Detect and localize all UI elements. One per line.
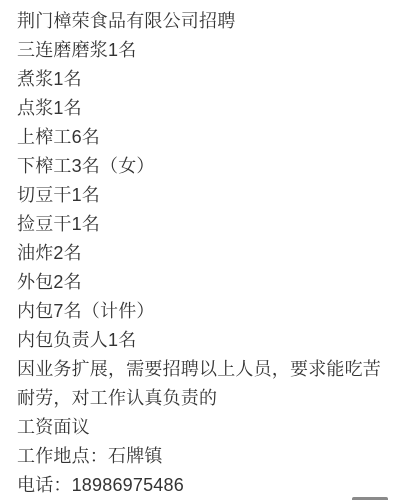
position-line: 上榨工6名 bbox=[17, 123, 396, 152]
position-line: 捡豆干1名 bbox=[17, 210, 396, 239]
page-title: 荆门樟荣食品有限公司招聘 bbox=[17, 7, 396, 36]
salary-line: 工资面议 bbox=[17, 413, 396, 442]
position-line: 外包2名 bbox=[17, 268, 396, 297]
note-paragraph: 因业务扩展，需要招聘以上人员，要求能吃苦耐劳，对工作认真负责的 bbox=[17, 355, 396, 413]
phone-line: 电话：18986975486 bbox=[17, 471, 396, 500]
position-line: 煮浆1名 bbox=[17, 65, 396, 94]
location-line: 工作地点：石牌镇 bbox=[17, 442, 396, 471]
recruitment-notice: 荆门樟荣食品有限公司招聘 三连磨磨浆1名 煮浆1名 点浆1名 上榨工6名 下榨工… bbox=[0, 0, 407, 500]
position-line: 内包负责人1名 bbox=[17, 326, 396, 355]
position-line: 三连磨磨浆1名 bbox=[17, 36, 396, 65]
position-line: 下榨工3名（女） bbox=[17, 152, 396, 181]
position-list: 三连磨磨浆1名 煮浆1名 点浆1名 上榨工6名 下榨工3名（女） 切豆干1名 捡… bbox=[17, 36, 396, 355]
position-line: 点浆1名 bbox=[17, 94, 396, 123]
position-line: 油炸2名 bbox=[17, 239, 396, 268]
position-line: 内包7名（计件） bbox=[17, 297, 396, 326]
position-line: 切豆干1名 bbox=[17, 181, 396, 210]
